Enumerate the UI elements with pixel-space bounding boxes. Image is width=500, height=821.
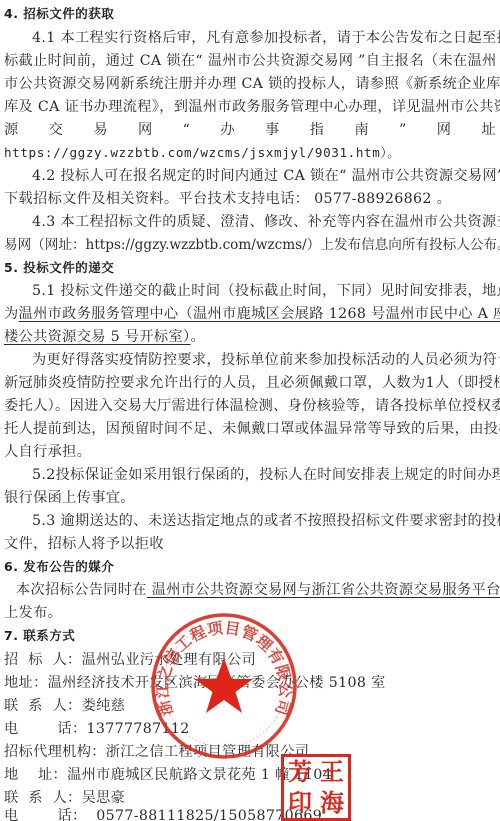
section-4-heading: 4. 招标文件的获取 xyxy=(4,4,496,24)
spread-char: ” xyxy=(399,120,407,140)
paragraph-5-1-line: 楼公共资源交易 5 号开标室）。 xyxy=(4,327,496,347)
covid-paragraph-line: 人自行承担。 xyxy=(4,442,496,462)
paragraph-4-1-line: 4.1 本工程实行资格后审，凡有意参加投标者，请于本公告发布之日起至投 xyxy=(32,28,496,48)
section-5-heading: 5. 投标文件的递交 xyxy=(4,258,496,278)
label: 联 系 人： xyxy=(4,696,82,716)
contact-tenderer-address: 地址：温州经济技术开发区滨海园区管委会办公楼 5108 室 xyxy=(4,673,496,693)
spread-char: “ xyxy=(183,120,191,140)
value: 吴思豪 xyxy=(82,790,126,806)
bid-opening-location: 温州市政务服务管理中心（温州市鹿城区会展路 1268 号温州市民中心 A 座 3 xyxy=(19,306,500,322)
contact-agency: 招标代理机构：浙江之信工程项目管理有限公司 xyxy=(4,742,496,762)
value: 娄纯慈 xyxy=(82,698,126,714)
seal-char: 王 xyxy=(316,757,348,788)
spread-char: 源 xyxy=(4,120,19,140)
text: 本次招标公告同时在 xyxy=(16,582,147,598)
section-6-heading: 6. 发布公告的媒介 xyxy=(4,557,496,577)
spread-char: 指 xyxy=(310,120,325,140)
value: 温州弘业污水处理有限公司 xyxy=(82,652,256,668)
registration-guide-url[interactable]: https://ggzy.wzzbtb.com/wzcms/jsxmjyl/90… xyxy=(4,143,496,163)
paragraph-4-1-line: 标截止时间前，通过 CA 锁在“ 温州市公共资源交易网 ”自主报名（未在温州 xyxy=(4,51,496,71)
paragraph-5-1-line: 为温州市政务服务管理中心（温州市鹿城区会展路 1268 号温州市民中心 A 座 … xyxy=(4,304,496,324)
label: 招 标 人： xyxy=(4,650,82,670)
paragraph-4-1-line: 市公共资源交易网新系统注册并办理 CA 锁的投标人，请参照《新系统企业库入 xyxy=(4,74,496,94)
seal-char: 印 xyxy=(284,788,316,819)
contact-tenderer-person: 联 系 人：娄纯慈 xyxy=(4,696,496,716)
contact-tenderer: 招 标 人：温州弘业污水处理有限公司 xyxy=(4,650,496,670)
seal-char: 海 xyxy=(316,788,348,819)
spread-char: 事 xyxy=(265,120,280,140)
text: 。 xyxy=(190,329,205,345)
spread-char: 网 xyxy=(437,120,452,140)
contact-agency-person: 联 系 人：吴思豪 xyxy=(4,788,496,808)
covid-paragraph-line: 新冠肺炎疫情防控要求允许出行的人员，且必须佩戴口罩，人数为1人（即授权 xyxy=(4,373,496,393)
label: 电 话： xyxy=(4,806,87,821)
spread-char: 址 xyxy=(481,120,496,140)
seal-char: 芳 xyxy=(284,757,316,788)
paragraph-4-1-spread-line: 源 交 易 网 “ 办 事 指 南 ” 网 址 xyxy=(4,120,496,140)
publication-platforms: 温州市公共资源交易网与浙江省公共资源交易服务平台 xyxy=(147,582,500,598)
paragraph-4-2-line: 4.2 投标人可在报名规定的时间内通过 CA 锁在“ 温州市公共资源交易网” xyxy=(32,166,496,186)
spread-char: 南 xyxy=(354,120,369,140)
label: 招标代理机构： xyxy=(4,742,106,762)
paragraph-4-3-line: 4.3 本工程招标文件的质疑、澄清、修改、补充等内容在温州市公共资源交 xyxy=(32,212,496,232)
paragraph-6-line: 上发布。 xyxy=(4,603,496,623)
value: 温州经济技术开发区滨海园区管委会办公楼 5108 室 xyxy=(48,675,386,691)
personal-seal-icon: 芳 王 印 海 xyxy=(281,754,351,821)
paragraph-5-2-line: 银行保函上传事宜。 xyxy=(4,488,496,508)
spread-char: 网 xyxy=(138,120,153,140)
value: 13777787112 xyxy=(87,721,190,737)
covid-paragraph-line: 委托人）。因进入交易大厅需进行体温检测、身份核验等，请各投标单位授权委 xyxy=(4,396,496,416)
paragraph-4-1-line: 库及 CA 证书办理流程》，到温州市政务服务管理中心办理，详见温州市公共资 xyxy=(4,97,496,117)
bid-opening-room: 楼公共资源交易 5 号开标室） xyxy=(4,329,190,345)
label: 地址： xyxy=(4,673,48,693)
paragraph-5-3-line: 文件，招标人将予以拒收 xyxy=(4,534,496,554)
label: 联 系 人： xyxy=(4,788,82,808)
paragraph-5-2-line: 5.2投标保证金如采用银行保函的，投标人在时间安排表上规定的时间办理 xyxy=(32,465,496,485)
spread-char: 易 xyxy=(93,120,108,140)
spread-char: 办 xyxy=(220,120,235,140)
paragraph-6-line: 本次招标公告同时在 温州市公共资源交易网与浙江省公共资源交易服务平台 xyxy=(16,580,500,600)
contact-tenderer-phone: 电 话：13777787112 xyxy=(4,719,496,739)
section-7-heading: 7. 联系方式 xyxy=(4,626,496,646)
covid-paragraph-line: 托人提前到达，因预留时间不足、未佩戴口罩或体温异常等导致的后果，由投标 xyxy=(4,419,496,439)
covid-paragraph-line: 为更好得落实疫情防控要求，投标单位前来参加投标活动的人员必须为符合 xyxy=(32,350,496,370)
contact-agency-phone: 电 话： 0577-88111825/15058770669 xyxy=(4,806,496,821)
paragraph-5-1-line: 5.1 投标文件递交的截止时间（投标截止时间，下同）见时间安排表，地点 xyxy=(32,281,496,301)
label: 电 话： xyxy=(4,719,87,739)
spread-char: 交 xyxy=(49,120,64,140)
paragraph-5-3-line: 5.3 逾期送达的、未送达指定地点的或者不按照投招标文件要求密封的投标 xyxy=(32,511,496,531)
text: 为 xyxy=(4,306,19,322)
paragraph-4-2-line: 下载招标文件及相关资料。平台技术支持电话： 0577-88926862 。 xyxy=(4,189,496,209)
label: 地 址： xyxy=(4,765,67,785)
paragraph-4-3-line: 易网（网址：https://ggzy.wzzbtb.com/wzcms/）上发布… xyxy=(4,235,496,255)
contact-agency-address: 地 址：温州市鹿城区民航路文景花苑 1 幢 1104 xyxy=(4,765,496,785)
value: 浙江之信工程项目管理有限公司 xyxy=(106,744,310,760)
